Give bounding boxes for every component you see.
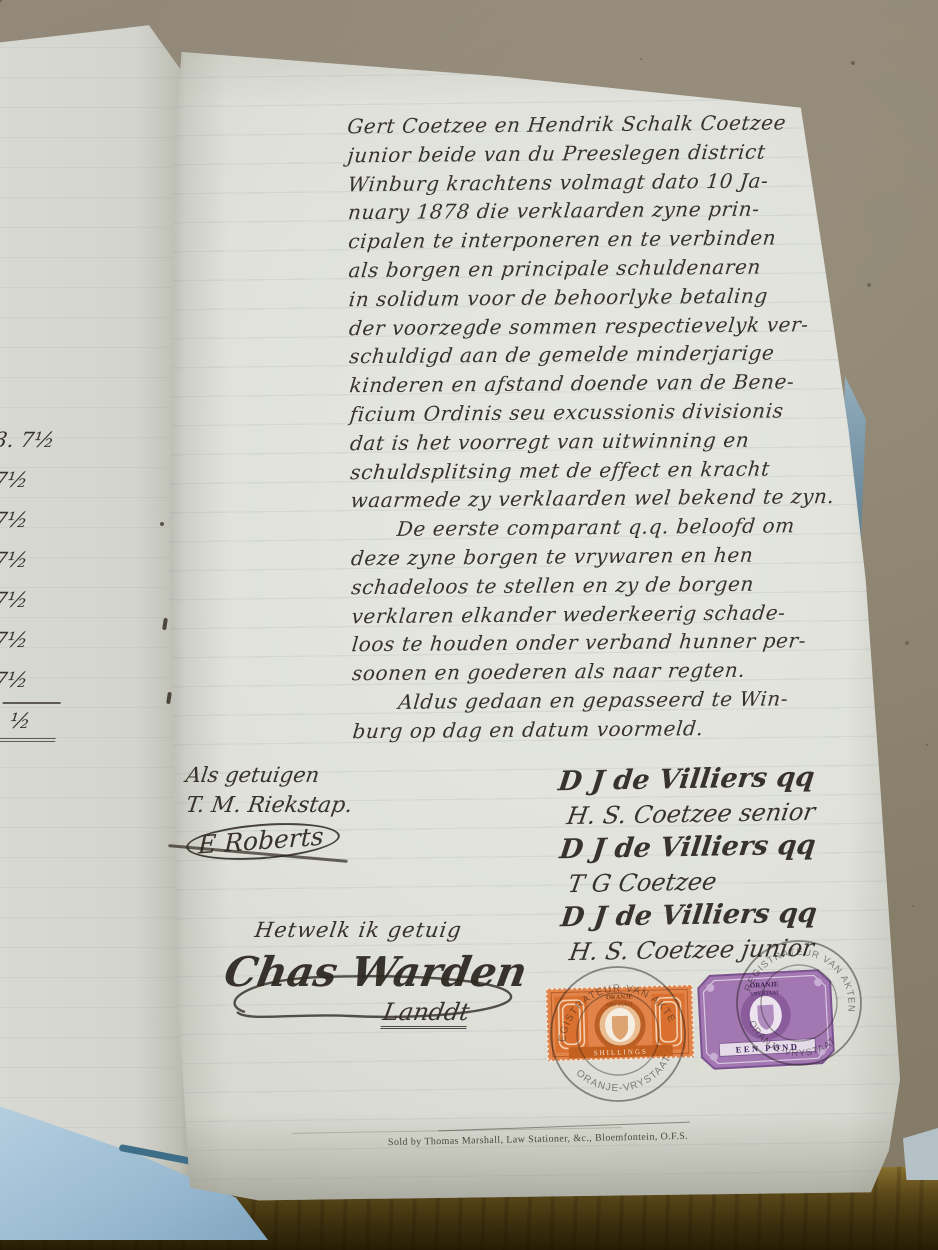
- witness-signature-1: T. M. Riekstap.: [184, 790, 355, 822]
- witness-heading: Als getuigen: [184, 760, 354, 790]
- manuscript-line: in solidum voor de behoorlyke betaling: [347, 281, 866, 314]
- principal-signature: T G Coetzee: [566, 863, 819, 901]
- amount-total: ½: [0, 702, 61, 742]
- amount-fragment: 7½: [0, 460, 59, 500]
- postmark-cancel: REGISTRATEUR VAN AKTEN ORANJE-VRYSTAAT: [712, 916, 885, 1089]
- manuscript-line: junior beide van du Preeslegen district: [346, 137, 865, 170]
- magistrate-signature: Chas Warden: [221, 948, 531, 996]
- manuscript-line: deze zyne borgen te vrywaren en hen: [350, 540, 869, 573]
- manuscript-line: cipalen te interponeren en te verbinden: [347, 223, 866, 256]
- manuscript-line: loos te houden onder verband hunner per-: [351, 626, 870, 659]
- previous-page-amount-column: 3. 7½ 7½ 7½ 7½ 7½ 7½ 7½ ½: [0, 420, 56, 742]
- manuscript-line: burg op dag en datum voormeld.: [351, 712, 870, 745]
- photo-scene: 3. 7½ 7½ 7½ 7½ 7½ 7½ 7½ ½ Gert Coetzee e…: [0, 0, 938, 1250]
- manuscript-line: ficium Ordinis seu excussionis divisioni…: [348, 396, 867, 429]
- cancel-arc-bottom: ORANJE-VRYSTAAT: [741, 1017, 840, 1068]
- amount-fragment: 7½: [0, 500, 59, 540]
- agent-signature: D J de Villiers qq: [558, 829, 818, 868]
- manuscript-line: Gert Coetzee en Hendrik Schalk Coetzee: [346, 108, 865, 141]
- background-specks: [0, 0, 2, 2]
- amount-fragment: 7½: [0, 580, 59, 620]
- manuscript-line: Aldus gedaan en gepasseerd te Win-: [351, 684, 870, 717]
- manuscript-line: als borgen en principale schuldenaren: [347, 252, 866, 285]
- manuscript-line: De eerste comparant q.q. beloofd om: [350, 511, 869, 544]
- amount-fragment: 7½: [0, 660, 59, 700]
- manuscript-line: schadeloos te stellen en zy de borgen: [350, 568, 869, 601]
- agent-signature: D J de Villiers qq: [556, 761, 816, 800]
- amount-fragment: 7½: [0, 620, 59, 660]
- amount-fragment: 7½: [0, 540, 59, 580]
- attestation-block: Hetwelk ik getuig Chas Warden Landdt: [225, 918, 527, 1029]
- manuscript-line: soonen en goederen als naar regten.: [351, 655, 870, 688]
- postmark-cancel: REGISTRATEUR VAN AKTEN ORANJE-VRYSTAAT: [528, 944, 709, 1125]
- manuscript-body: Gert Coetzee en Hendrik Schalk Coetzee j…: [347, 108, 869, 746]
- principal-signature: H. S. Coetzee senior: [564, 795, 817, 833]
- witness-block: Als getuigen T. M. Riekstap. E Roberts: [186, 760, 352, 859]
- manuscript-line: kinderen en afstand doende van de Bene-: [348, 367, 867, 400]
- manuscript-line: dat is het voorregt van uitwinning en: [349, 425, 868, 458]
- attestation-heading: Hetwelk ik getuig: [253, 918, 528, 942]
- binding-hole: [160, 522, 164, 526]
- magistrate-title: Landdt: [380, 998, 472, 1029]
- amount-fragment: 3. 7½: [0, 420, 59, 460]
